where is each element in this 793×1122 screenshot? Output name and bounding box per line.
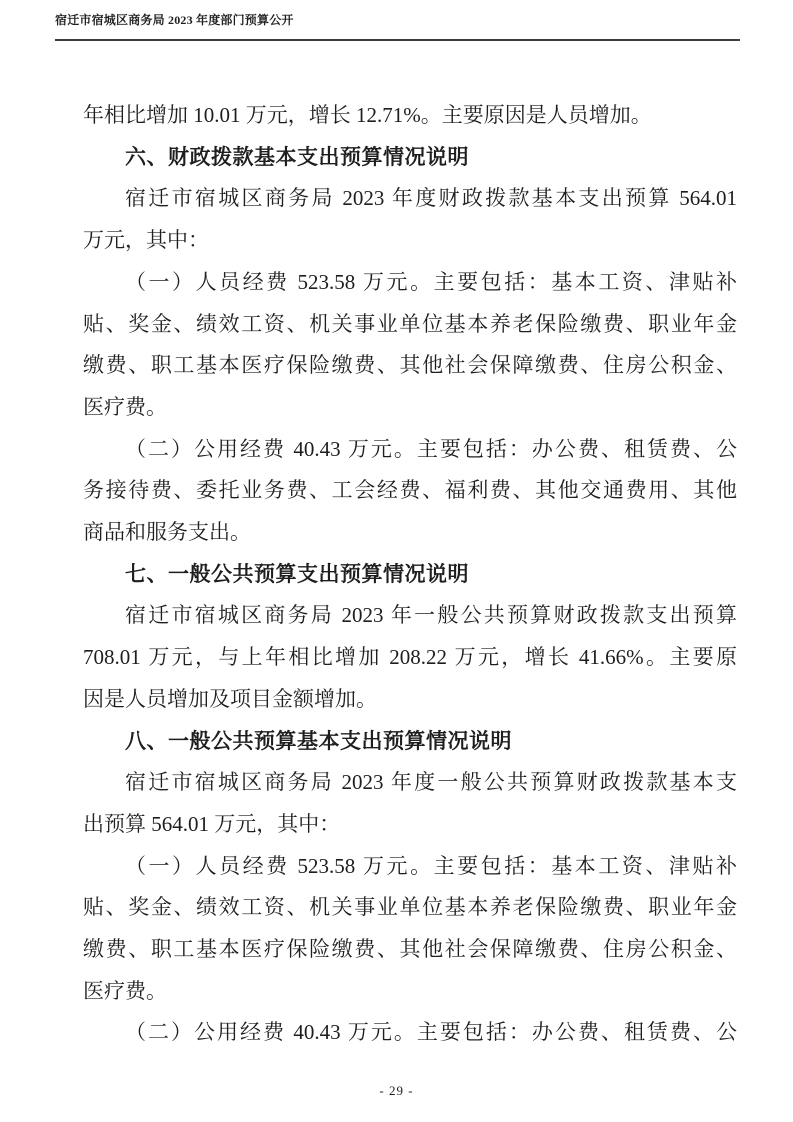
paragraph-line: （一）人员经费 523.58 万元。主要包括：基本工资、津贴补	[83, 262, 737, 304]
paragraph-line: 宿迁市宿城区商务局 2023 年一般公共预算财政拨款支出预算	[83, 595, 737, 637]
paragraph-line: 年相比增加 10.01 万元，增长 12.71%。主要原因是人员增加。	[83, 95, 737, 137]
paragraph-line: 宿迁市宿城区商务局 2023 年度一般公共预算财政拨款基本支	[83, 762, 737, 804]
paragraph-line: 万元，其中：	[83, 220, 737, 262]
paragraph-line: （二）公用经费 40.43 万元。主要包括：办公费、租赁费、公	[83, 1012, 737, 1054]
page-number: - 29 -	[0, 1083, 793, 1099]
section-heading: 八、一般公共预算基本支出预算情况说明	[83, 721, 737, 763]
paragraph-line: 贴、奖金、绩效工资、机关事业单位基本养老保险缴费、职业年金	[83, 887, 737, 929]
paragraph-line: （二）公用经费 40.43 万元。主要包括：办公费、租赁费、公	[83, 429, 737, 471]
section-heading: 七、一般公共预算支出预算情况说明	[83, 554, 737, 596]
paragraph-line: （一）人员经费 523.58 万元。主要包括：基本工资、津贴补	[83, 846, 737, 888]
paragraph-line: 医疗费。	[83, 971, 737, 1013]
paragraph-line: 医疗费。	[83, 387, 737, 429]
paragraph-line: 务接待费、委托业务费、工会经费、福利费、其他交通费用、其他	[83, 470, 737, 512]
section-heading: 六、财政拨款基本支出预算情况说明	[83, 137, 737, 179]
paragraph-line: 因是人员增加及项目金额增加。	[83, 679, 737, 721]
paragraph-line: 贴、奖金、绩效工资、机关事业单位基本养老保险缴费、职业年金	[83, 304, 737, 346]
paragraph-line: 缴费、职工基本医疗保险缴费、其他社会保障缴费、住房公积金、	[83, 929, 737, 971]
paragraph-line: 出预算 564.01 万元，其中：	[83, 804, 737, 846]
document-page: { "colors": { "background": "#ffffff", "…	[0, 0, 793, 1122]
paragraph-line: 708.01 万元，与上年相比增加 208.22 万元，增长 41.66%。主要…	[83, 637, 737, 679]
page-header-title: 宿迁市宿城区商务局 2023 年度部门预算公开	[55, 11, 740, 28]
paragraph-line: 宿迁市宿城区商务局 2023 年度财政拨款基本支出预算 564.01	[83, 178, 737, 220]
paragraph-line: 商品和服务支出。	[83, 512, 737, 554]
header-rule	[55, 39, 740, 41]
document-body: 年相比增加 10.01 万元，增长 12.71%。主要原因是人员增加。六、财政拨…	[83, 95, 737, 1054]
paragraph-line: 缴费、职工基本医疗保险缴费、其他社会保障缴费、住房公积金、	[83, 345, 737, 387]
